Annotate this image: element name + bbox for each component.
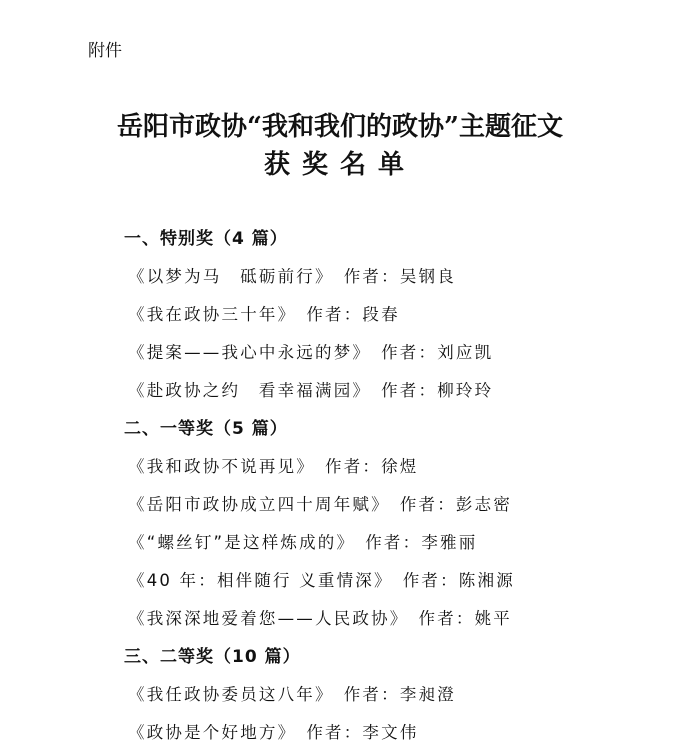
work-title: 《我和政协不说再见》 [128, 457, 315, 476]
author-name: 徐煜 [381, 457, 418, 476]
author-label: 作者： [344, 685, 400, 704]
award-list: 一、特别奖（4 篇） 《以梦为马 砥砺前行》作者：吴钢良 《我在政协三十年》作者… [124, 226, 644, 750]
author-label: 作者： [381, 381, 437, 400]
list-item: 《40 年：相伴随行 义重情深》作者：陈湘源 [124, 568, 644, 606]
author-name: 柳玲玲 [437, 381, 493, 400]
work-title: 《“螺丝钉”是这样炼成的》 [128, 533, 355, 552]
work-title: 《提案——我心中永远的梦》 [128, 343, 371, 362]
author-name: 李昶澄 [400, 685, 456, 704]
work-title: 《40 年：相伴随行 义重情深》 [128, 571, 393, 590]
work-title: 《赴政协之约 看幸福满园》 [128, 381, 371, 400]
list-item: 《以梦为马 砥砺前行》作者：吴钢良 [124, 264, 644, 302]
author-name: 刘应凯 [437, 343, 493, 362]
author-name: 李雅丽 [421, 533, 477, 552]
author-label: 作者： [419, 609, 475, 628]
author-label: 作者： [381, 343, 437, 362]
document-title: 岳阳市政协“我和我们的政协”主题征文 [0, 106, 680, 143]
author-name: 吴钢良 [400, 267, 456, 286]
list-item: 《我和政协不说再见》作者：徐煜 [124, 454, 644, 492]
attachment-label: 附件 [88, 36, 122, 61]
section-heading-special: 一、特别奖（4 篇） [124, 226, 644, 264]
list-item: 《岳阳市政协成立四十周年赋》作者：彭志密 [124, 492, 644, 530]
list-item: 《我在政协三十年》作者：段春 [124, 302, 644, 340]
list-item: 《赴政协之约 看幸福满园》作者：柳玲玲 [124, 378, 644, 416]
author-name: 陈湘源 [459, 571, 515, 590]
document-subtitle: 获奖名单 [0, 144, 680, 181]
work-title: 《政协是个好地方》 [128, 723, 296, 742]
author-label: 作者： [365, 533, 421, 552]
list-item: 《“螺丝钉”是这样炼成的》作者：李雅丽 [124, 530, 644, 568]
author-name: 姚平 [475, 609, 512, 628]
list-item: 《我任政协委员这八年》作者：李昶澄 [124, 682, 644, 720]
work-title: 《以梦为马 砥砺前行》 [128, 267, 334, 286]
author-name: 彭志密 [456, 495, 512, 514]
list-item: 《我深深地爱着您——人民政协》作者：姚平 [124, 606, 644, 644]
list-item: 《提案——我心中永远的梦》作者：刘应凯 [124, 340, 644, 378]
work-title: 《我深深地爱着您——人民政协》 [128, 609, 409, 628]
list-item: 《政协是个好地方》作者：李文伟 [124, 720, 644, 750]
author-label: 作者： [400, 495, 456, 514]
author-label: 作者： [344, 267, 400, 286]
section-heading-first-prize: 二、一等奖（5 篇） [124, 416, 644, 454]
author-name: 李文伟 [362, 723, 418, 742]
author-name: 段春 [362, 305, 399, 324]
work-title: 《我在政协三十年》 [128, 305, 296, 324]
section-heading-second-prize: 三、二等奖（10 篇） [124, 644, 644, 682]
author-label: 作者： [325, 457, 381, 476]
author-label: 作者： [306, 723, 362, 742]
author-label: 作者： [306, 305, 362, 324]
author-label: 作者： [403, 571, 459, 590]
work-title: 《我任政协委员这八年》 [128, 685, 334, 704]
work-title: 《岳阳市政协成立四十周年赋》 [128, 495, 390, 514]
